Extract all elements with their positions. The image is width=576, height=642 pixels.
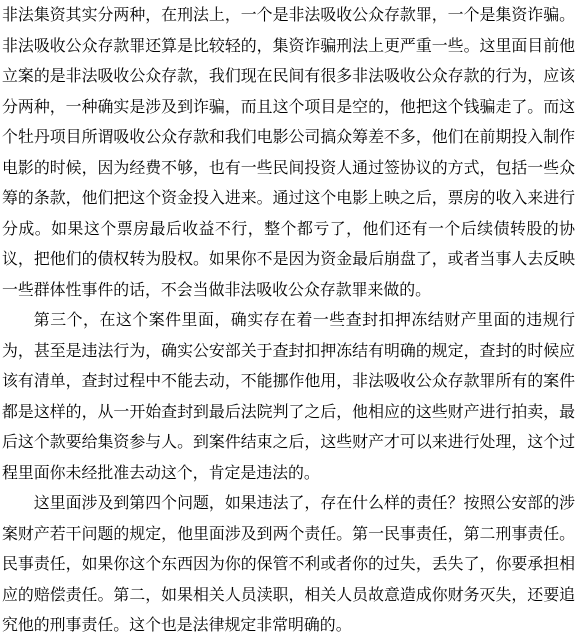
document-page: 非法集资其实分两种，在刑法上，一个是非法吸收公众存款罪，一个是集资诈骗。非法吸收… [0, 0, 576, 642]
paragraph-fourth-point: 这里面涉及到第四个问题，如果违法了，存在什么样的责任？按照公安部的涉案财产若干问… [2, 489, 575, 642]
paragraph-continuation: 非法集资其实分两种，在刑法上，一个是非法吸收公众存款罪，一个是集资诈骗。非法吸收… [2, 1, 575, 306]
paragraph-third-point: 第三个，在这个案件里面，确实存在着一些查封扣押冻结财产里面的违规行为，甚至是违法… [2, 306, 575, 489]
